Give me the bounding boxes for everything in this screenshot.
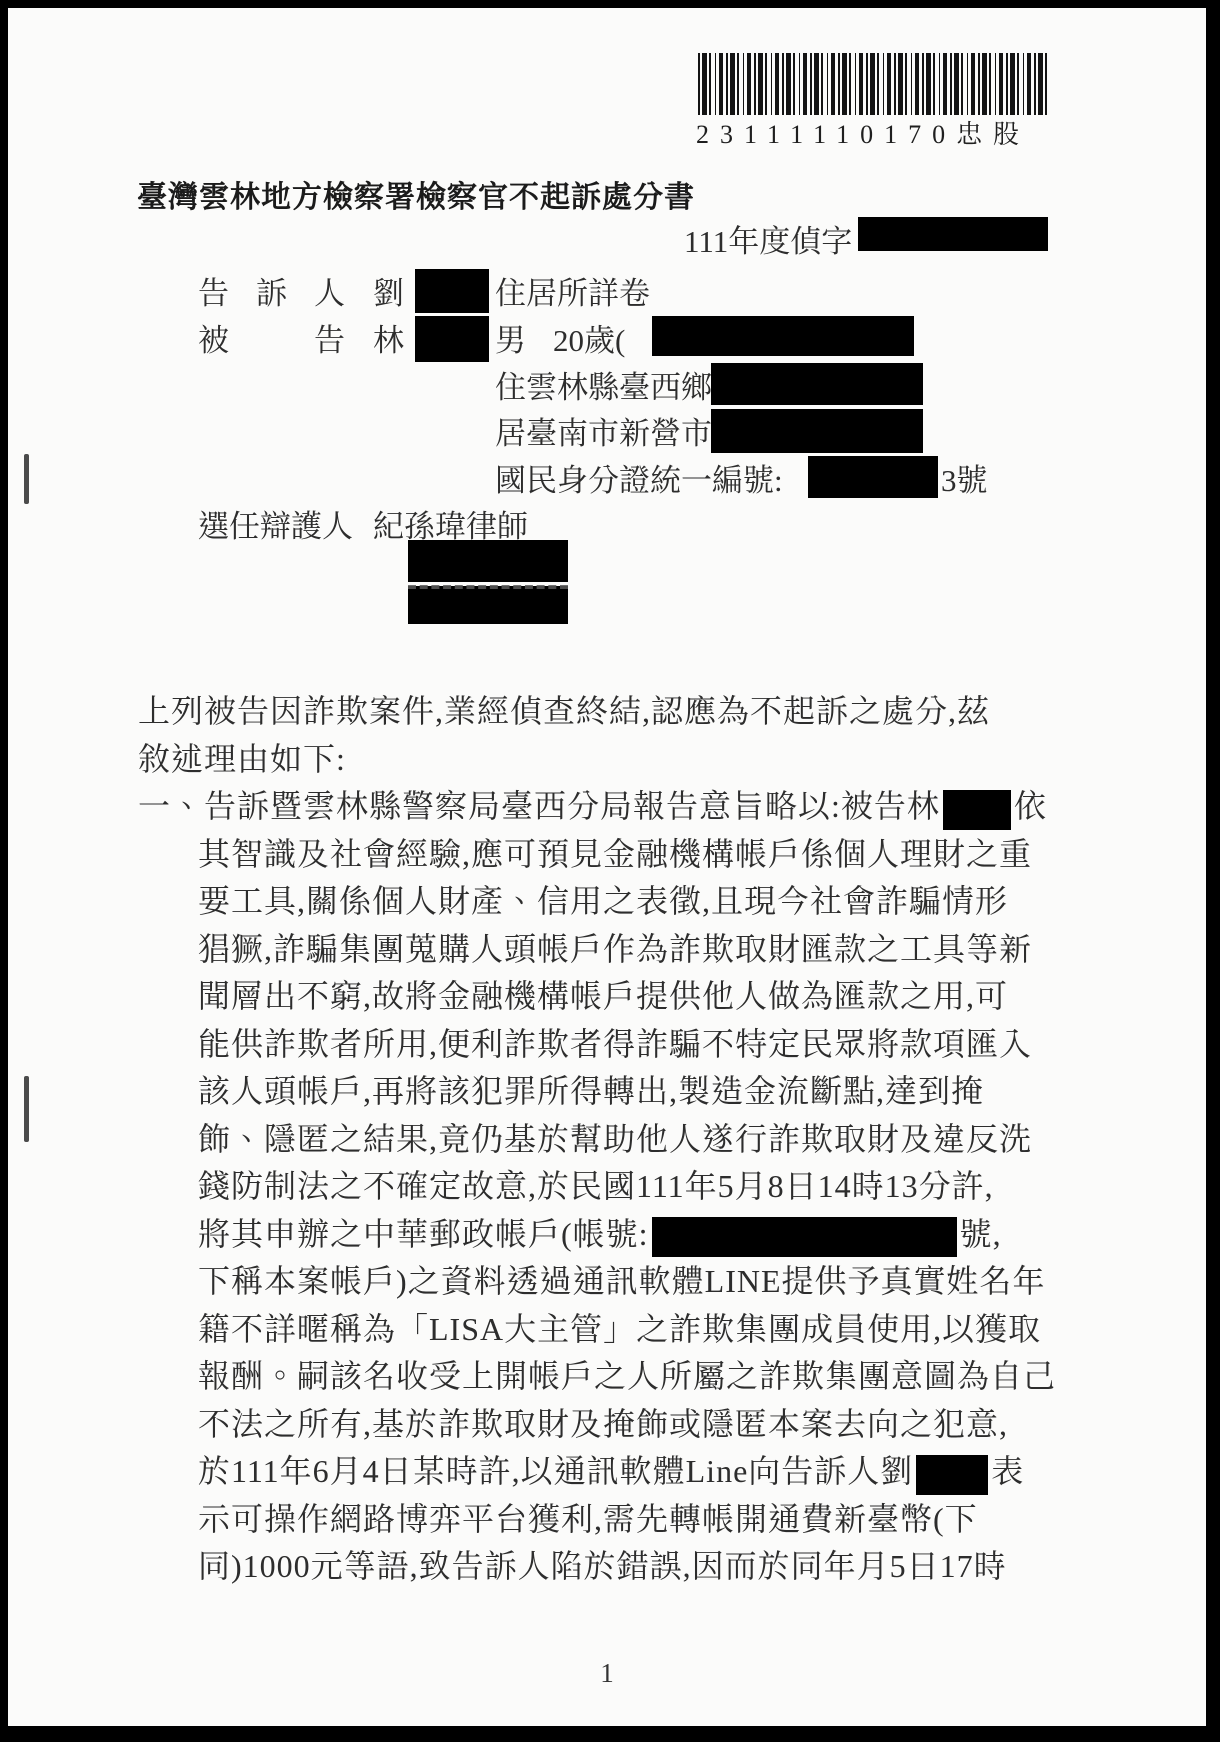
redaction-box — [711, 409, 923, 453]
body-line: 將其申辦之中華郵政帳戶(帳號:號, — [138, 1211, 1123, 1259]
text-run: 上列被告因詐欺案件,業經偵查終結,認應為不起訴之處分,茲 — [138, 693, 990, 729]
text-run: 告 — [314, 315, 345, 360]
body-line: 聞層出不窮,故將金融機構帳戶提供他人做為匯款之用,可 — [138, 973, 1123, 1021]
text-run: 一、告訴暨雲林縣警察局臺西分局報告意旨略以:被告林 — [138, 788, 940, 824]
redaction-box — [415, 316, 489, 362]
redaction-box — [858, 217, 1048, 251]
body-line: 錢防制法之不確定故意,於民國111年5月8日14時13分許, — [138, 1163, 1123, 1211]
redaction-box — [652, 1217, 957, 1257]
document-title: 臺灣雲林地方檢察署檢察官不起訴處分書 — [137, 172, 695, 216]
party-row-address-living: 居臺南市新營市 — [8, 408, 1206, 454]
text-run: 猖獗,詐騙集團蒐購人頭帳戶作為詐欺取財匯款之工具等新 — [198, 931, 1032, 967]
party-row-national-id: 國民身分證統一編號:3號 — [8, 455, 1206, 501]
body-line: 於111年6月4日某時許,以通訊軟體Line向告訴人劉表 — [138, 1448, 1123, 1496]
party-row-complainant: 告訴人劉住居所詳卷 — [8, 268, 1206, 314]
case-number-line: 111年度偵字 — [8, 216, 1206, 262]
body-line: 敘述理由如下: — [138, 736, 1123, 784]
text-run: 能供詐欺者所用,便利詐欺者得詐騙不特定民眾將款項匯入 — [198, 1026, 1032, 1062]
redaction-box — [415, 269, 489, 313]
text-run: 20歲( — [553, 315, 625, 360]
text-run: 表 — [991, 1453, 1024, 1489]
redaction-row — [8, 585, 1206, 631]
party-row-defendant: 被告林男20歲( — [8, 315, 1206, 361]
body-line: 猖獗,詐騙集團蒐購人頭帳戶作為詐欺取財匯款之工具等新 — [138, 926, 1123, 974]
text-run: 同)1000元等語,致告訴人陷於錯誤,因而於同年月5日17時 — [198, 1548, 1007, 1584]
party-row-address-residence: 住雲林縣臺西鄉 — [8, 362, 1206, 408]
body-line: 上列被告因詐欺案件,業經偵查終結,認應為不起訴之處分,茲 — [138, 688, 1123, 736]
page-number: 1 — [8, 1658, 1206, 1689]
staple-mark — [24, 454, 29, 504]
scanned-document: 23111110170忠股 臺灣雲林地方檢察署檢察官不起訴處分書 111年度偵字… — [0, 0, 1220, 1742]
text-run: 人 — [314, 268, 345, 313]
body-line: 籍不詳暱稱為「LISA大主管」之詐欺集團成員使用,以獲取 — [138, 1306, 1123, 1354]
redaction-box — [408, 586, 568, 624]
barcode-icon — [698, 53, 1048, 115]
body-line: 飾、隱匿之結果,竟仍基於幫助他人遂行詐欺取財及違反洗 — [138, 1116, 1123, 1164]
text-run: 被 — [198, 315, 229, 360]
body-line: 能供詐欺者所用,便利詐欺者得詐騙不特定民眾將款項匯入 — [138, 1021, 1123, 1069]
text-run: 號, — [960, 1216, 1002, 1252]
text-run: 該人頭帳戶,再將該犯罪所得轉出,製造金流斷點,達到掩 — [198, 1073, 984, 1109]
text-run: 示可操作網路博弈平台獲利,需先轉帳開通費新臺幣(下 — [198, 1501, 978, 1537]
body-line: 同)1000元等語,致告訴人陷於錯誤,因而於同年月5日17時 — [138, 1543, 1123, 1591]
text-run: 其智識及社會經驗,應可預見金融機構帳戶係個人理財之重 — [198, 836, 1032, 872]
body-line: 報酬。嗣該名收受上開帳戶之人所屬之詐欺集團意圖為自己 — [138, 1353, 1123, 1401]
text-run: 3號 — [941, 455, 988, 500]
body-line: 示可操作網路博弈平台獲利,需先轉帳開通費新臺幣(下 — [138, 1496, 1123, 1544]
redaction-box — [916, 1455, 988, 1495]
text-run: 下稱本案帳戶)之資料透過通訊軟體LINE提供予真實姓名年 — [198, 1263, 1046, 1299]
text-run: 111年度偵字 — [684, 216, 852, 261]
redaction-box — [808, 456, 938, 498]
text-run: 告 — [198, 268, 229, 313]
body-line: 其智識及社會經驗,應可預見金融機構帳戶係個人理財之重 — [138, 831, 1123, 879]
text-run: 男 — [495, 315, 526, 360]
text-run: 國民身分證統一編號: — [495, 455, 783, 500]
text-run: 籍不詳暱稱為「LISA大主管」之詐欺集團成員使用,以獲取 — [198, 1311, 1041, 1347]
text-run: 聞層出不窮,故將金融機構帳戶提供他人做為匯款之用,可 — [198, 978, 1008, 1014]
redaction-row — [8, 539, 1206, 585]
text-run: 將其申辦之中華郵政帳戶(帳號: — [198, 1216, 649, 1252]
text-run: 住雲林縣臺西鄉 — [495, 362, 712, 407]
redaction-box — [408, 540, 568, 582]
body-line: 不法之所有,基於詐欺取財及掩飾或隱匿本案去向之犯意, — [138, 1401, 1123, 1449]
body-line: 要工具,關係個人財產、信用之表徵,且現今社會詐騙情形 — [138, 878, 1123, 926]
redaction-box — [943, 790, 1011, 830]
text-run: 不法之所有,基於詐欺取財及掩飾或隱匿本案去向之犯意, — [198, 1406, 1008, 1442]
redaction-box — [711, 363, 923, 405]
text-run: 要工具,關係個人財產、信用之表徵,且現今社會詐騙情形 — [198, 883, 1008, 919]
body-line: 一、告訴暨雲林縣警察局臺西分局報告意旨略以:被告林依 — [138, 783, 1123, 831]
text-run: 飾、隱匿之結果,竟仍基於幫助他人遂行詐欺取財及違反洗 — [198, 1121, 1032, 1157]
text-run: 住居所詳卷 — [495, 268, 650, 313]
staple-mark — [24, 1076, 29, 1142]
text-run: 於111年6月4日某時許,以通訊軟體Line向告訴人劉 — [198, 1453, 913, 1489]
redaction-remnant — [408, 585, 568, 589]
document-page: 23111110170忠股 臺灣雲林地方檢察署檢察官不起訴處分書 111年度偵字… — [8, 8, 1206, 1726]
text-run: 錢防制法之不確定故意,於民國111年5月8日14時13分許, — [198, 1168, 994, 1204]
text-run: 居臺南市新營市 — [495, 408, 712, 453]
text-run: 敘述理由如下: — [138, 741, 346, 777]
barcode-label: 23111110170忠股 — [696, 114, 1076, 151]
text-run: 訴 — [256, 268, 287, 313]
text-run: 報酬。嗣該名收受上開帳戶之人所屬之詐欺集團意圖為自己 — [198, 1358, 1056, 1394]
redaction-box — [652, 316, 914, 356]
body-text: 上列被告因詐欺案件,業經偵查終結,認應為不起訴之處分,茲敘述理由如下:一、告訴暨… — [138, 688, 1123, 1591]
text-run: 劉 — [373, 268, 404, 313]
body-line: 下稱本案帳戶)之資料透過通訊軟體LINE提供予真實姓名年 — [138, 1258, 1123, 1306]
body-line: 該人頭帳戶,再將該犯罪所得轉出,製造金流斷點,達到掩 — [138, 1068, 1123, 1116]
text-run: 林 — [373, 315, 404, 360]
text-run: 依 — [1014, 788, 1047, 824]
